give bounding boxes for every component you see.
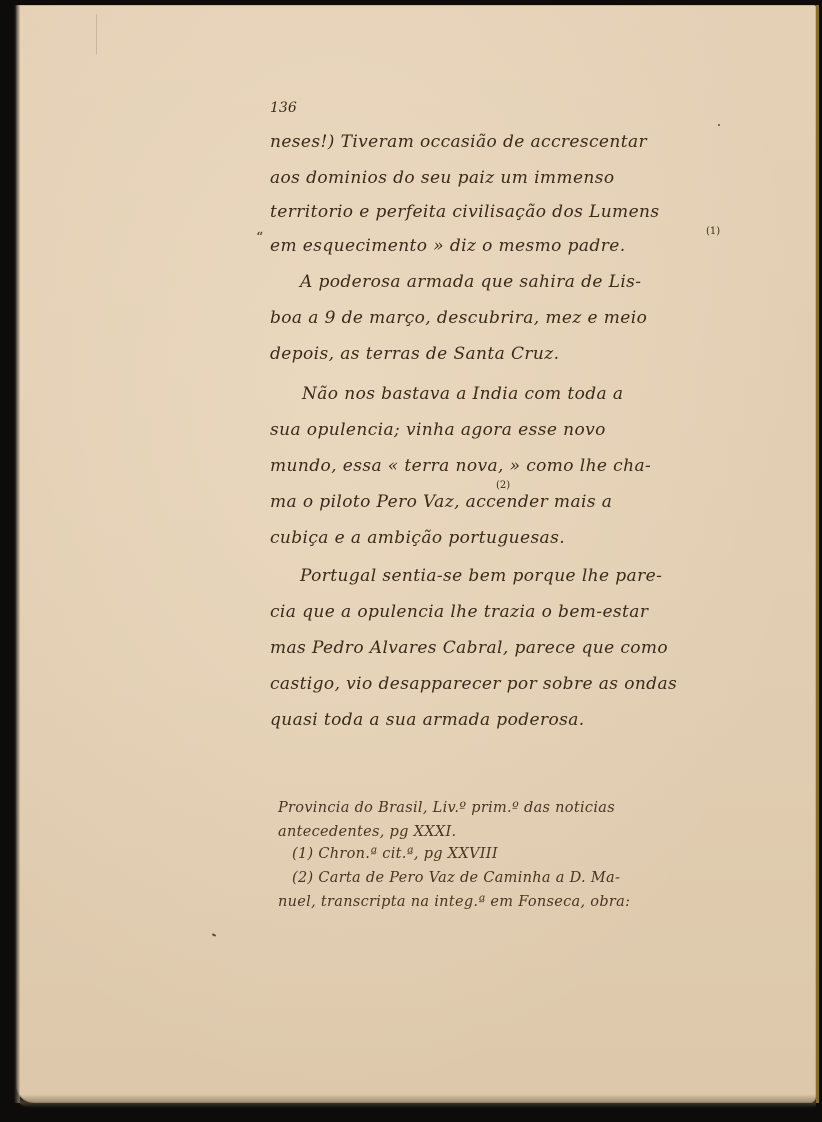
text-line-17: quasi toda a sua armada poderosa.	[270, 710, 585, 730]
text-line-12: cubiça e a ambição portuguesas.	[270, 528, 565, 548]
text-line-10: mundo, essa « terra nova, » como lhe cha…	[270, 456, 651, 476]
text-line-14: cia que a opulencia lhe trazia o bem-est…	[270, 602, 648, 622]
footnote-1: (1) Chron.ª cit.ª, pg XXVIII	[292, 846, 498, 862]
text-line-4: em esquecimento » diz o mesmo padre.	[270, 236, 626, 256]
text-line-5: A poderosa armada que sahira de Lis-	[300, 272, 641, 292]
footnote-2: (2) Carta de Pero Vaz de Caminha a D. Ma…	[292, 870, 620, 886]
text-line-2: aos dominios do seu paiz um immenso	[270, 168, 615, 188]
text-line-15: mas Pedro Alvares Cabral, parece que com…	[270, 638, 668, 658]
scanned-page: 136 neses!) Tiveram occasião de accresce…	[0, 0, 822, 1122]
text-line-11: ma o piloto Pero Vaz, accender mais a	[270, 492, 612, 512]
footnote-ref-1: (1)	[706, 226, 720, 237]
opening-quote-mark: “	[256, 230, 263, 246]
text-line-13: Portugal sentia-se bem porque lhe pare-	[300, 566, 662, 586]
text-line-9: sua opulencia; vinha agora esse novo	[270, 420, 606, 440]
footnote-ref-2: (2)	[496, 480, 510, 491]
page-number: 136	[270, 100, 297, 116]
paper-torn-bottom-edge	[16, 1094, 816, 1108]
text-line-1: neses!) Tiveram occasião de accrescentar	[270, 132, 647, 152]
text-line-8: Não nos bastava a India com toda a	[302, 384, 623, 404]
footnote-2-continued: nuel, transcripta na integ.ª em Fonseca,…	[278, 894, 630, 910]
paper-left-edge	[14, 5, 20, 1103]
text-line-6: boa a 9 de março, descubrira, mez e meio	[270, 308, 647, 328]
paper-fold-mark	[96, 14, 97, 54]
text-line-16: castigo, vio desapparecer por sobre as o…	[270, 674, 677, 694]
footnote-line-2: antecedentes, pg XXXI.	[278, 824, 456, 840]
text-line-7: depois, as terras de Santa Cruz.	[270, 344, 559, 364]
footnote-line-1: Provincia do Brasil, Liv.º prim.º das no…	[278, 800, 615, 816]
text-line-3: territorio e perfeita civilisação dos Lu…	[270, 202, 660, 222]
